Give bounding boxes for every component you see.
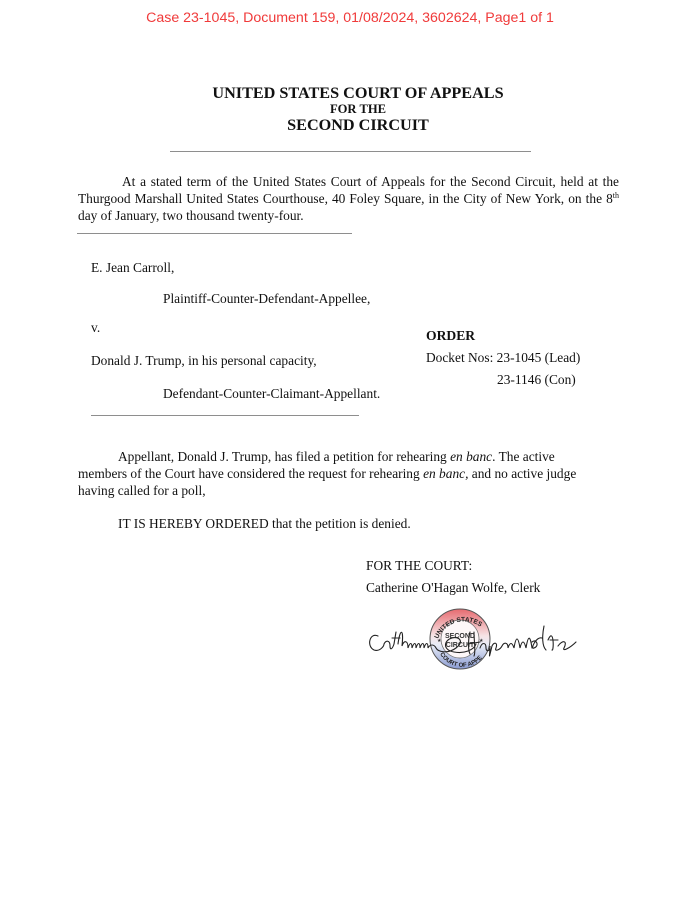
docket-numbers: Docket Nos: 23-1045 (Lead) [426,350,580,366]
defendant-role: Defendant-Counter-Claimant-Appellant. [163,386,380,402]
intro-paragraph: At a stated term of the United States Co… [78,173,619,224]
order-label: ORDER [426,328,475,344]
intro-day-suffix: th [613,191,619,200]
plaintiff-role: Plaintiff-Counter-Defendant-Appellee, [163,291,370,307]
for-the-court: FOR THE COURT: [366,558,472,574]
plaintiff-name: E. Jean Carroll, [91,260,174,276]
court-title-line1: UNITED STATES COURT OF APPEALS [0,84,700,103]
signature-with-seal: UNITED STATES COURT OF APPEALS SECOND CI… [364,606,596,676]
filing-stamp: Case 23-1045, Document 159, 01/08/2024, … [0,10,700,26]
defendant-name: Donald J. Trump, in his personal capacit… [91,353,317,369]
docket-lead: 23-1045 (Lead) [497,350,581,365]
court-title-line3: SECOND CIRCUIT [0,116,700,135]
intro-text-end: day of January, two thousand twenty-four… [78,208,304,223]
intro-divider [77,233,352,234]
title-divider [170,151,531,152]
svg-text:★: ★ [437,638,442,644]
court-title-line2: FOR THE [0,102,700,117]
docket-prefix: Docket Nos: [426,350,497,365]
en-banc-italic: en banc [450,449,492,464]
en-banc-italic: en banc, [423,466,468,481]
intro-text: At a stated term of the United States Co… [78,174,619,206]
order-body-paragraph: Appellant, Donald J. Trump, has filed a … [78,448,598,499]
intro-day: 8 [606,191,613,206]
versus: v. [91,320,100,336]
court-seal-icon: UNITED STATES COURT OF APPEALS SECOND CI… [364,606,596,676]
clerk-name: Catherine O'Hagan Wolfe, Clerk [366,580,540,596]
order-decree: IT IS HEREBY ORDERED that the petition i… [118,516,411,532]
docket-con: 23-1146 (Con) [497,372,576,388]
body-text: Appellant, Donald J. Trump, has filed a … [118,449,450,464]
caption-divider [91,415,359,416]
